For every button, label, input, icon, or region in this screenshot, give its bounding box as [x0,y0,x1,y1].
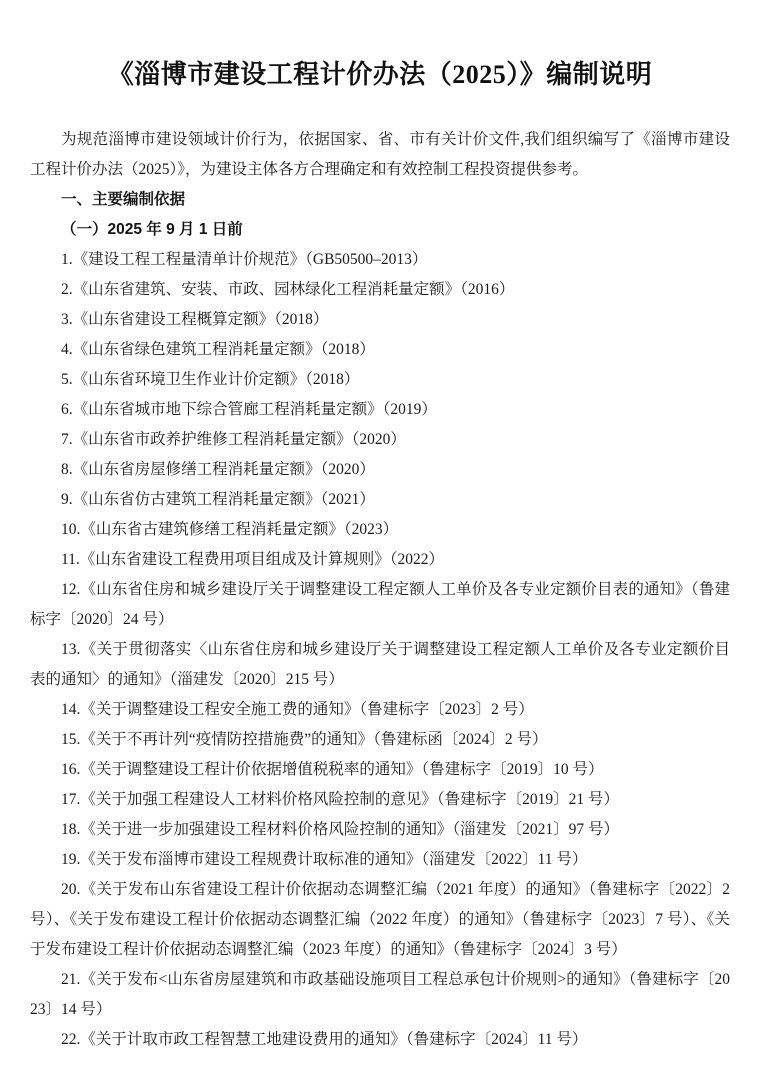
list-item: 7.《山东省市政养护维修工程消耗量定额》（2020） [30,425,730,455]
intro-paragraph: 为规范淄博市建设领域计价行为，依据国家、省、市有关计价文件,我们组织编写了《淄博… [30,125,730,185]
list-item: 21.《关于发布<山东省房屋建筑和市政基础设施项目工程总承包计价规则>的通知》（… [30,965,730,1025]
list-item: 10.《山东省古建筑修缮工程消耗量定额》（2023） [30,515,730,545]
subsection-heading: （一）2025 年 9 月 1 日前 [30,215,730,245]
list-item: 12.《山东省住房和城乡建设厅关于调整建设工程定额人工单价及各专业定额价目表的通… [30,575,730,635]
section-heading: 一、主要编制依据 [30,185,730,215]
list-item: 17.《关于加强工程建设人工材料价格风险控制的意见》（鲁建标字〔2019〕21 … [30,785,730,815]
list-item: 2.《山东省建筑、安装、市政、园林绿化工程消耗量定额》（2016） [30,275,730,305]
list-item: 8.《山东省房屋修缮工程消耗量定额》（2020） [30,455,730,485]
list-item: 11.《山东省建设工程费用项目组成及计算规则》（2022） [30,545,730,575]
list-item: 15.《关于不再计列“疫情防控措施费”的通知》（鲁建标函〔2024〕2 号） [30,725,730,755]
list-item: 4.《山东省绿色建筑工程消耗量定额》（2018） [30,335,730,365]
list-item: 16.《关于调整建设工程计价依据增值税税率的通知》（鲁建标字〔2019〕10 号… [30,755,730,785]
list-item: 18.《关于进一步加强建设工程材料价格风险控制的通知》（淄建发〔2021〕97 … [30,815,730,845]
list-item: 1.《建设工程工程量清单计价规范》（GB50500–2013） [30,245,730,275]
list-item: 5.《山东省环境卫生作业计价定额》（2018） [30,365,730,395]
list-item: 14.《关于调整建设工程安全施工费的通知》（鲁建标字〔2023〕2 号） [30,695,730,725]
list-item: 13.《关于贯彻落实〈山东省住房和城乡建设厅关于调整建设工程定额人工单价及各专业… [30,635,730,695]
reference-list: 1.《建设工程工程量清单计价规范》（GB50500–2013）2.《山东省建筑、… [30,245,730,1055]
list-item: 6.《山东省城市地下综合管廊工程消耗量定额》（2019） [30,395,730,425]
page-title: 《淄博市建设工程计价办法（2025）》编制说明 [30,56,730,94]
list-item: 20.《关于发布山东省建设工程计价依据动态调整汇编（2021 年度）的通知》（鲁… [30,875,730,965]
list-item: 3.《山东省建设工程概算定额》（2018） [30,305,730,335]
list-item: 22.《关于计取市政工程智慧工地建设费用的通知》（鲁建标字〔2024〕11 号） [30,1025,730,1055]
list-item: 19.《关于发布淄博市建设工程规费计取标准的通知》（淄建发〔2022〕11 号） [30,845,730,875]
list-item: 9.《山东省仿古建筑工程消耗量定额》（2021） [30,485,730,515]
document-page: 《淄博市建设工程计价办法（2025）》编制说明 为规范淄博市建设领域计价行为，依… [0,0,760,1090]
